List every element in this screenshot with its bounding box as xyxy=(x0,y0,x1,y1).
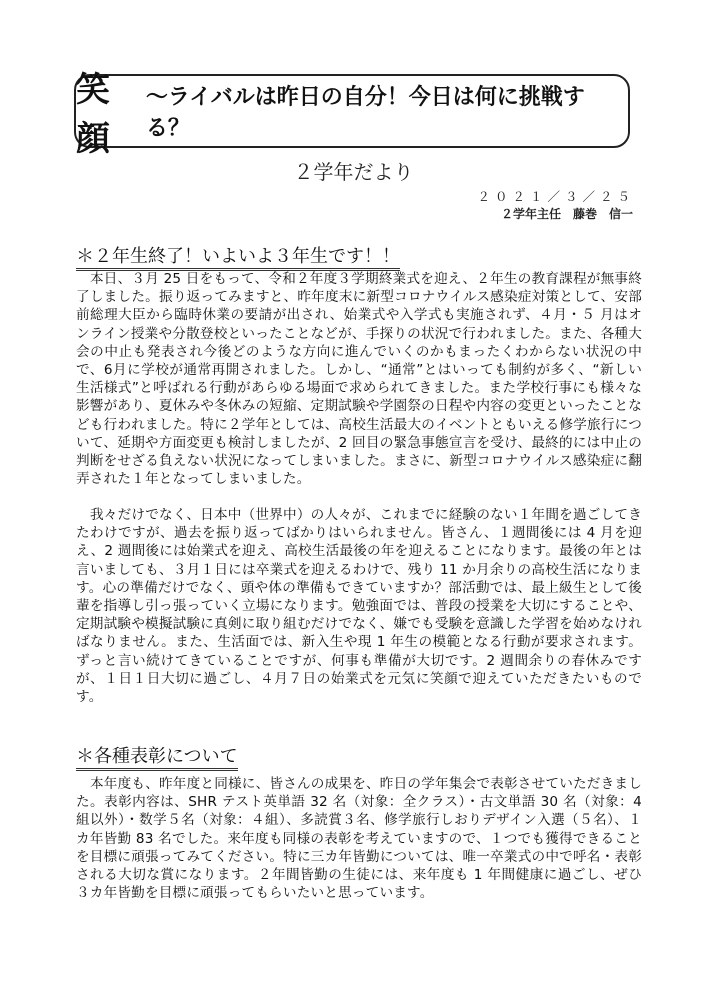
author: ２学年主任 藤巻 信一 xyxy=(501,205,633,222)
title-main: 笑顔 xyxy=(76,62,146,160)
newsletter-name: ２学年だより xyxy=(0,156,707,185)
section-2-paragraph-1: 本年度も、昨年度と同様に、皆さんの成果を、昨日の学年集会で表彰させていただきまし… xyxy=(76,775,642,902)
section-heading-2: ＊各種表彰について xyxy=(76,746,238,771)
section-heading-1: ＊２年生終了！いよいよ３年生です！！ xyxy=(76,246,400,271)
title-subtitle: ～ライバルは昨日の自分！今日は何に挑戦する？ xyxy=(146,80,628,142)
section-1-paragraph-2: 我々だけでなく、日本中（世界中）の人々が、これまでに経験のない１年間を過ごしてき… xyxy=(76,506,642,706)
title-box: 笑顔～ライバルは昨日の自分！今日は何に挑戦する？ xyxy=(74,74,630,148)
section-1-paragraph-1: 本日、３月 25 日をもって、令和２年度３学期終業式を迎え、２年生の教育課程が無… xyxy=(76,270,642,488)
issue-date: ２０２１／３／２５ xyxy=(477,187,635,205)
